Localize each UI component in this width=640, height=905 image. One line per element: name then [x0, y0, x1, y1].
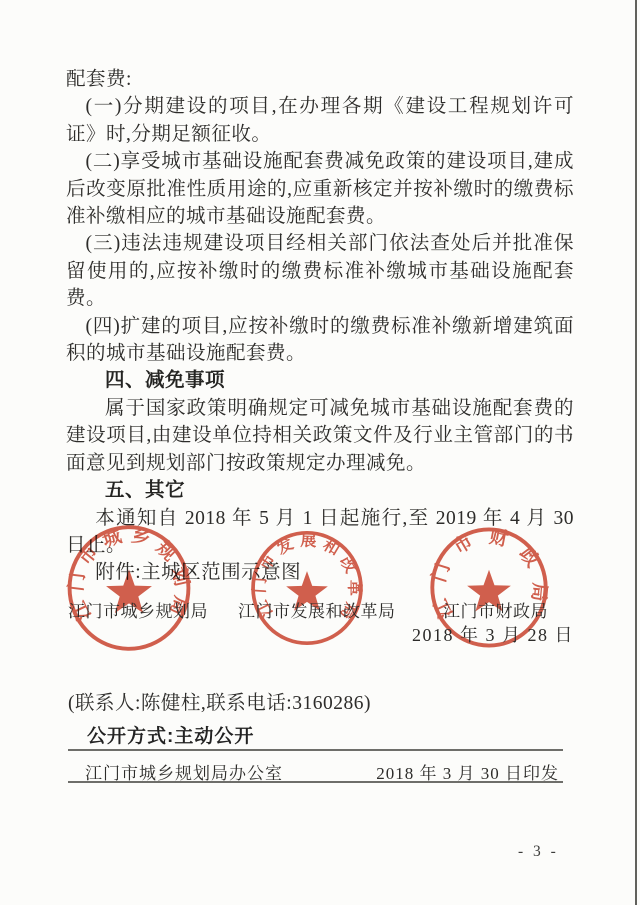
document-body: 配套费: (一)分期建设的项目,在办理各期《建设工程规划许可证》时,分期足额征收…: [66, 66, 574, 587]
list-item-3: (三)违法违规建设项目经相关部门依法查处后并批准保留使用的,应按补缴时的缴费标准…: [66, 230, 574, 312]
section-heading-4: 四、减免事项: [66, 367, 574, 394]
official-seal-planning-bureau: 江门市城乡规划局: [64, 522, 194, 654]
footer-divider-bottom: [68, 781, 563, 783]
section-4-paragraph: 属于国家政策明确规定可减免城市基础设施配套费的建设项目,由建设单位持相关政策文件…: [66, 395, 574, 477]
scan-edge-shadow: [635, 0, 637, 905]
continuation-line: 配套费:: [66, 66, 574, 93]
list-item-2: (二)享受城市基础设施配套费减免政策的建设项目,建成后改变原批准性质用途的,应重…: [66, 148, 574, 230]
agency-name-planning: 江门市城乡规划局: [68, 597, 208, 622]
disclosure-method-line: 公开方式:主动公开: [87, 721, 254, 748]
agency-name-finance: 江门市财政局: [443, 597, 548, 622]
scanned-document-page: 配套费: (一)分期建设的项目,在办理各期《建设工程规划许可证》时,分期足额征收…: [0, 0, 640, 905]
list-item-1: (一)分期建设的项目,在办理各期《建设工程规划许可证》时,分期足额征收。: [66, 93, 574, 148]
page-number: - 3 -: [518, 843, 559, 861]
section-heading-5: 五、其它: [66, 477, 574, 504]
footer-divider-top: [68, 749, 563, 751]
contact-line: (联系人:陈健柱,联系电话:3160286): [68, 687, 371, 715]
agency-name-development-reform: 江门市发展和改革局: [238, 597, 396, 622]
seal-date: 2018 年 3 月 28 日: [412, 621, 574, 647]
list-item-4: (四)扩建的项目,应按补缴时的缴费标准补缴新增建筑面积的城市基础设施配套费。: [66, 313, 574, 368]
official-seal-development-reform-bureau: 江门市发展和改革局: [248, 522, 366, 654]
